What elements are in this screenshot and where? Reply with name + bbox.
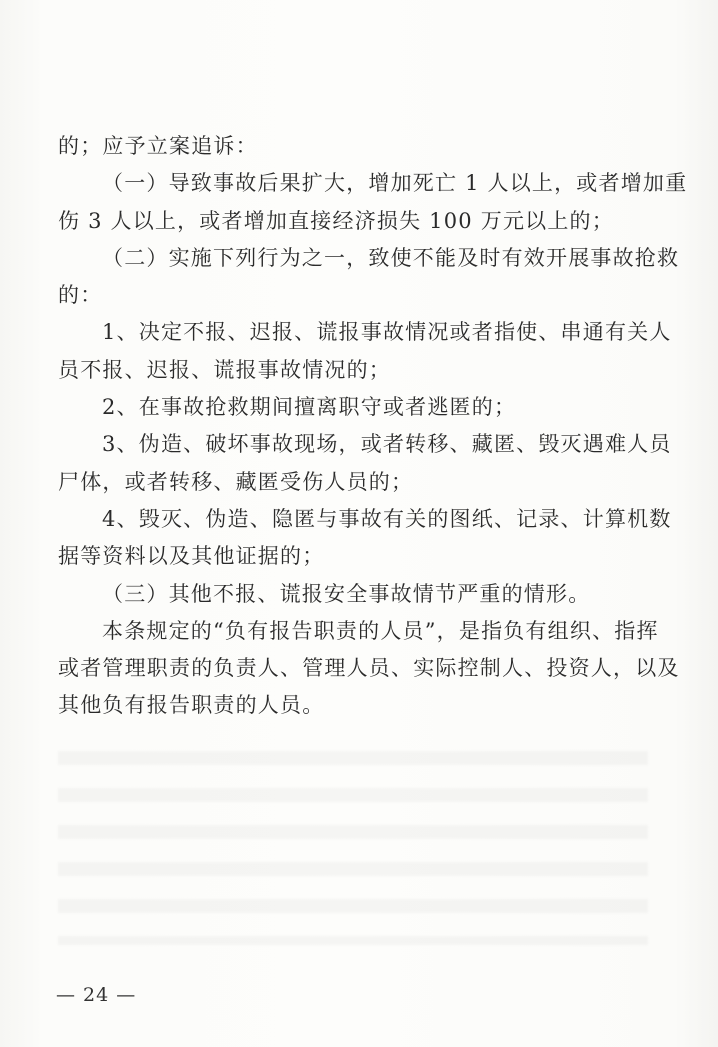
text-line: 或者管理职责的负责人、管理人员、实际控制人、投资人，以及 [58, 650, 658, 687]
text-line-item-3: （三）其他不报、谎报安全事故情节严重的情形。 [58, 576, 658, 613]
text-line: 尸体，或者转移、藏匿受伤人员的； [58, 464, 658, 501]
text-line: 据等资料以及其他证据的； [58, 538, 658, 575]
text-line-subitem-4: 4、毁灭、伪造、隐匿与事故有关的图纸、记录、计算机数 [58, 501, 658, 538]
document-page: 的；应予立案追诉： （一）导致事故后果扩大，增加死亡 1 人以上，或者增加重 伤… [0, 0, 718, 1047]
page-number: — 24 — [56, 984, 136, 1006]
text-line-definition: 本条规定的“负有报告职责的人员”，是指负有组织、指挥 [58, 613, 658, 650]
text-line: 的： [58, 277, 658, 314]
text-line-subitem-3: 3、伪造、破坏事故现场，或者转移、藏匿、毁灭遇难人员 [58, 426, 658, 463]
text-line-subitem-1: 1、决定不报、迟报、谎报事故情况或者指使、串通有关人 [58, 314, 658, 351]
text-line-item-2: （二）实施下列行为之一，致使不能及时有效开展事故抢救 [58, 240, 658, 277]
text-line: 员不报、迟报、谎报事故情况的； [58, 352, 658, 389]
text-line-subitem-2: 2、在事故抢救期间擅离职守或者逃匿的； [58, 389, 658, 426]
text-line-item-1: （一）导致事故后果扩大，增加死亡 1 人以上，或者增加重 [58, 165, 658, 202]
document-body: 的；应予立案追诉： （一）导致事故后果扩大，增加死亡 1 人以上，或者增加重 伤… [58, 128, 658, 725]
text-line: 其他负有报告职责的人员。 [58, 687, 658, 724]
text-line: 伤 3 人以上，或者增加直接经济损失 100 万元以上的； [58, 203, 658, 240]
reverse-side-show-through [58, 735, 648, 945]
text-line: 的；应予立案追诉： [58, 128, 658, 165]
